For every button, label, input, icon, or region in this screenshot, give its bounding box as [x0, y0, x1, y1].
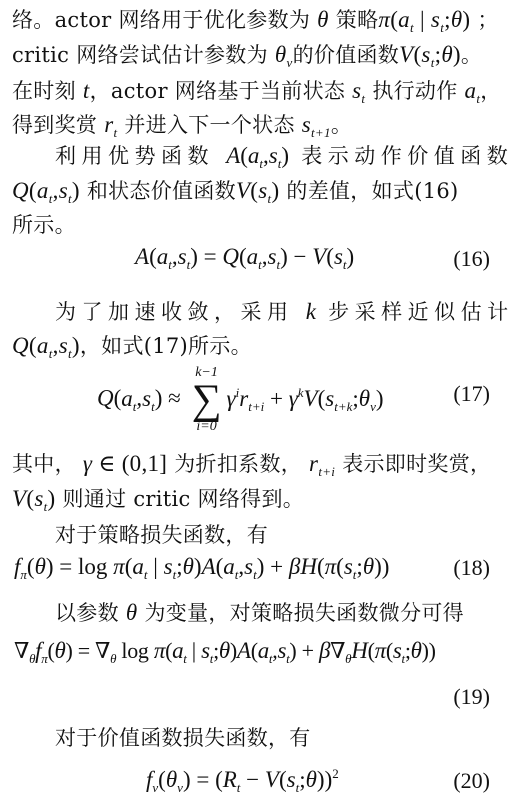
text-line: Q(at,st) 和状态价值函数V(st) 的差值，如式(16): [12, 176, 459, 214]
text-segment: 对于策略损失函数，有: [55, 523, 268, 547]
text-segment: 利用优势函数: [55, 144, 214, 168]
text-line: 其中， γ ∈ (0,1] 为折扣系数， rt+i 表示即时奖赏，: [12, 449, 491, 487]
equation-number: (16): [453, 246, 490, 272]
text-segment: 。: [461, 43, 482, 67]
text-segment: 为变量，对策略损失函数微分可得: [144, 601, 464, 625]
text-line: 在时刻 t，actor 网络基于当前状态 st 执行动作 at，: [12, 76, 502, 114]
text-segment: 并进入下一个状态: [124, 113, 294, 137]
text-line: 利用优势函数 A(at,st) 表示动作价值函数: [55, 141, 513, 179]
math-theta: θ: [126, 600, 138, 625]
math-v: V: [12, 486, 26, 511]
math-gamma-range: γ: [83, 451, 92, 476]
text-segment: 为了加速收敛，采用: [55, 300, 294, 324]
text-segment: 执行动作: [372, 79, 457, 103]
math-s-t: st: [352, 78, 365, 103]
text-segment: critic 网络尝试估计参数为: [12, 43, 268, 67]
math-theta: θ: [317, 7, 329, 32]
math-r-t: rt: [104, 112, 117, 137]
math-policy: π: [378, 7, 390, 32]
equation-number: (19): [453, 684, 490, 710]
equation-number: (17): [453, 381, 490, 407]
equation-19: ∇θfπ(θ) = ∇θ log π(at | st;θ)A(at,st) + …: [14, 638, 436, 667]
text-line: Q(at,st)，如式(17)所示。: [12, 331, 252, 369]
text-segment: 其中，: [12, 452, 76, 476]
text-segment: 得到奖赏: [12, 113, 97, 137]
equation-20: fv(θv) = (Rt − V(st;θ))2: [146, 766, 339, 796]
math-k: k: [306, 299, 316, 324]
text-segment: 步采样近似估计: [328, 300, 514, 324]
equation-number: (20): [453, 768, 490, 794]
text-segment: 。: [331, 113, 352, 137]
text-line: 对于价值函数损失函数，有: [55, 723, 311, 753]
text-segment: 对于价值函数损失函数，有: [55, 726, 311, 750]
text-line: V(st) 则通过 critic 网络得到。: [12, 484, 304, 522]
summation: k−1 ∑ i=0: [187, 366, 227, 434]
text-segment: 为折扣系数，: [174, 452, 302, 476]
equation-18: fπ(θ) = log π(at | st;θ)A(at,st) + βH(π(…: [14, 554, 389, 583]
text-segment: ，如式(17)所示。: [80, 334, 252, 358]
equation-number: (18): [453, 555, 490, 581]
text-line: 以参数 θ 为变量，对策略损失函数微分可得: [55, 598, 464, 628]
text-line: critic 网络尝试估计参数为 θv的价值函数V(st;θ)。: [12, 40, 482, 78]
text-segment: 表示即时奖赏，: [342, 452, 491, 476]
text-segment: 的差值，如式(16): [286, 179, 458, 203]
math-a-t: at: [465, 78, 481, 103]
math-q: Q: [12, 178, 29, 203]
text-line: 络。actor 网络用于优化参数为 θ 策略π(at | st;θ) ；: [12, 5, 499, 43]
text-segment: 表示动作价值函数: [301, 144, 513, 168]
math-theta-v: θv: [275, 42, 293, 67]
text-segment: ，actor 网络基于当前状态: [90, 79, 346, 103]
text-line: 所示。: [12, 210, 76, 240]
math-r-ti: rt+i: [309, 451, 335, 476]
text-segment: 络。actor 网络用于优化参数为: [12, 8, 310, 32]
text-segment: 所示。: [12, 213, 76, 237]
math-v: V: [236, 178, 250, 203]
equation-16: A(at,st) = Q(at,st) − V(st): [135, 244, 354, 273]
text-segment: 则通过 critic 网络得到。: [62, 487, 304, 511]
text-segment: 以参数: [55, 601, 119, 625]
text-line: 对于策略损失函数，有: [55, 520, 268, 550]
text-line: 为了加速收敛，采用 k 步采样近似估计: [55, 297, 514, 327]
text-segment: 的价值函数: [293, 43, 400, 67]
math-advantage: A: [226, 143, 240, 168]
equation-17: Q(at,st) ≈ k−1 ∑ i=0 γirt+i + γkV(st+k;θ…: [97, 366, 384, 434]
math-q: Q: [12, 333, 29, 358]
math-t: t: [83, 78, 90, 103]
text-segment: ；: [477, 8, 498, 32]
text-segment: 在时刻: [12, 79, 76, 103]
text-segment: 策略: [336, 8, 379, 32]
math-s-next: st+1: [302, 112, 331, 137]
text-segment: 和状态价值函数: [87, 179, 236, 203]
math-value-fn: V: [399, 42, 413, 67]
text-segment: ，: [480, 79, 501, 103]
